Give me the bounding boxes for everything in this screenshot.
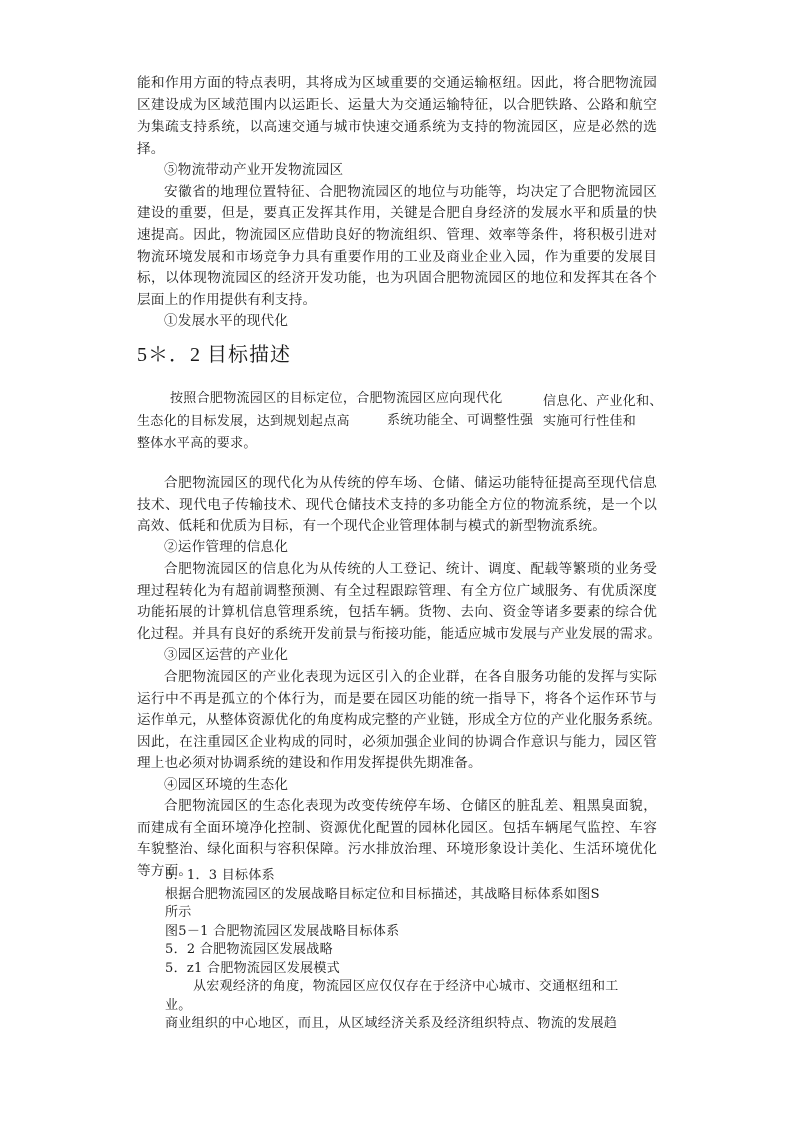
paragraph-line: 车貌整治、绿化面积与容积保障。污水排放治理、环境形象设计美化、生活环境优化 [137, 841, 657, 857]
paragraph-line: 生态化的目标发展，达到规划起点高 [137, 414, 350, 430]
paragraph-line: 业。 [165, 998, 192, 1014]
paragraph-line: 合肥物流园区的现代化为从传统的停车场、仓储、储运功能特征提高至现代信息 [164, 475, 657, 491]
paragraph-fragment: 信息化、产业化和、 [543, 394, 663, 410]
paragraph-line: 从宏观经济的角度，物流园区应仅仅存在于经济中心城市、交通枢纽和工 [193, 979, 619, 995]
paragraph-line: 运作单元，从整体资源优化的角度构成完整的产业链，形成全方位的产业化服务系统。 [137, 712, 657, 728]
paragraph-fragment: 实施可行性佳和 [543, 414, 636, 430]
subsection-heading: 5．2 合肥物流园区发展战略 [165, 942, 333, 958]
paragraph-line: 物流环境发展和市场竞争力具有重要作用的工业及商业企业入园，作为重要的发展目 [137, 249, 657, 265]
paragraph-line: 合肥物流园区的信息化为从传统的人工登记、统计、调度、配载等繁琐的业务受 [164, 561, 657, 577]
document-page: 能和作用方面的特点表明，其将成为区域重要的交通运输枢纽。因此，将合肥物流园 区建… [0, 0, 793, 1122]
paragraph-line: 建设的重要，但是，要真正发挥其作用，关键是合肥自身经济的发展水平和质量的快 [137, 205, 657, 221]
paragraph-line: 层面上的作用提供有利支持。 [137, 292, 316, 308]
paragraph-line: 区建设成为区域范围内以运距长、运量大为交通运输特征，以合肥铁路、公路和航空 [137, 97, 657, 113]
paragraph-line: 速提高。因此，物流园区应借助良好的物流组织、管理、效率等条件，将积极引进对 [137, 227, 657, 243]
list-item-title: ⑤物流带动产业开发物流园区 [164, 162, 343, 178]
list-item-title: ③园区运营的产业化 [164, 647, 288, 663]
paragraph-fragment: 系统功能全、可调整性强 [387, 413, 533, 429]
paragraph-line: 技术、现代电子传输技术、现代仓储技术支持的多功能全方位的物流系统，是一个以 [137, 497, 657, 513]
paragraph-line: 所示 [165, 905, 192, 921]
paragraph-line: 按照合肥物流园区的目标定位，合肥物流园区应向现代化 [170, 391, 503, 407]
paragraph-line: 安徽省的地理位置特征、合肥物流园区的地位与功能等，均决定了合肥物流园区 [164, 184, 657, 200]
paragraph-line: 商业组织的中心地区，而且，从区域经济关系及经济组织特点、物流的发展趋 [165, 1016, 617, 1032]
paragraph-line: 为集疏支持系统，以高速交通与城市快速交通系统为支持的物流园区，应是必然的选 [137, 119, 657, 135]
paragraph-line: 高效、低耗和优质为目标，有一个现代企业管理体制与模式的新型物流系统。 [137, 518, 606, 534]
subsection-heading: 5．z1 合肥物流园区发展模式 [165, 961, 340, 977]
list-item-title: ②运作管理的信息化 [164, 539, 288, 555]
paragraph-line: 理过程转化为有超前调整预测、有全过程跟踪管理、有全方位广域服务、有优质深度 [137, 583, 657, 599]
list-item-title: ①发展水平的现代化 [164, 313, 288, 329]
figure-caption: 图5－1 合肥物流园区发展战略目标体系 [165, 924, 399, 940]
paragraph-line: 根据合肥物流园区的发展战略目标定位和目标描述，其战略目标体系如图S [165, 887, 600, 903]
paragraph-line: 化过程。并具有良好的系统开发前景与衔接功能，能适应城市发展与产业发展的需求。 [137, 626, 657, 642]
paragraph-line: 理上也必须对协调系统的建设和作用发挥提供先期准备。 [137, 755, 482, 771]
list-item-title: ④园区环境的生态化 [164, 777, 288, 793]
paragraph-line: 标，以体现物流园区的经济开发功能，也为巩固合肥物流园区的地位和发挥其在各个 [137, 270, 657, 286]
paragraph-line: 而建成有全面环境净化控制、资源优化配置的园林化园区。包括车辆尾气监控、车容 [137, 820, 657, 836]
section-heading: 5＊．2 目标描述 [137, 343, 291, 367]
paragraph-line: 合肥物流园区的生态化表现为改变传统停车场、仓储区的脏乱差、粗黑臭面貌， [164, 798, 657, 814]
paragraph-line: 能和作用方面的特点表明，其将成为区域重要的交通运输枢纽。因此，将合肥物流园 [137, 75, 657, 91]
paragraph-line: 合肥物流园区的产业化表现为远区引入的企业群，在各自服务功能的发挥与实际 [164, 669, 657, 685]
paragraph-line: 择。 [137, 141, 165, 157]
paragraph-line: 整体水平高的要求。 [137, 436, 257, 452]
paragraph-line: 因此，在注重园区企业构成的同时，必须加强企业间的协调合作意识与能力，园区管 [137, 734, 657, 750]
subsection-heading: 5．1．3 目标体系 [165, 868, 275, 884]
paragraph-line: 运行中不再是孤立的个体行为，而是要在园区功能的统一指导下，将各个运作环节与 [137, 691, 657, 707]
paragraph-line: 功能拓展的计算机信息管理系统，包括车辆。货物、去向、资金等诸多要素的综合优 [137, 604, 657, 620]
